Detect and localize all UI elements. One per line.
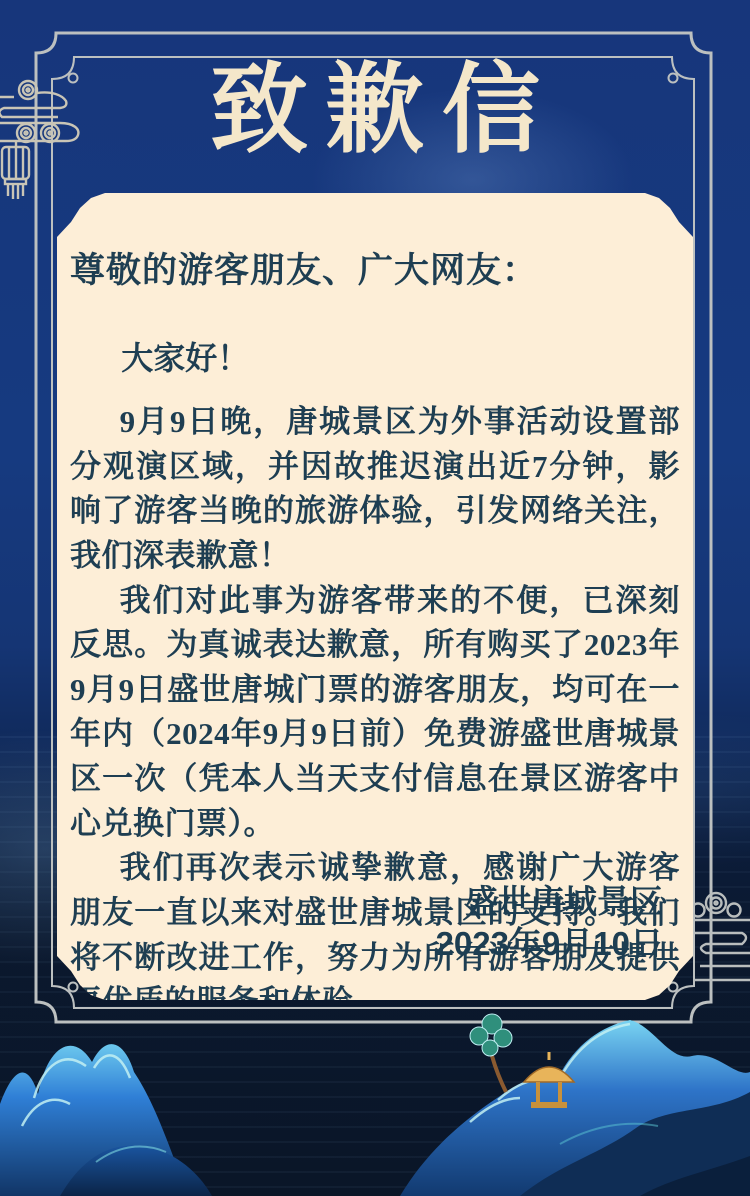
apology-poster: 致歉信 尊敬的游客朋友、广大网友： 大家好！ 9月9日晚，唐城景区为外事活动设置… [0,0,750,1196]
letter-paragraph-2: 我们对此事为游客带来的不便，已深刻反思。为真诚表达歉意，所有购买了2023年9月… [70,579,680,847]
mountains-left [0,1044,212,1196]
signature-org: 盛世唐城景区 [436,881,663,923]
signature-date: 2023年9月10日 [436,923,663,965]
pine-tree-icon [470,1014,512,1092]
signature-block: 盛世唐城景区 2023年9月10日 [436,881,663,965]
letter-paragraph-1: 9月9日晚，唐城景区为外事活动设置部分观演区域，并因故推迟演出近7分钟，影响了游… [70,400,680,579]
mountains-right [400,1014,750,1196]
poster-title: 致歉信 [0,58,750,166]
mountain-scene [0,986,750,1196]
letter-salutation: 尊敬的游客朋友、广大网友： [70,243,680,293]
letter-greeting: 大家好！ [70,333,680,379]
letter-card: 尊敬的游客朋友、广大网友： 大家好！ 9月9日晚，唐城景区为外事活动设置部分观演… [57,193,693,1000]
pavilion-icon [524,1052,574,1108]
